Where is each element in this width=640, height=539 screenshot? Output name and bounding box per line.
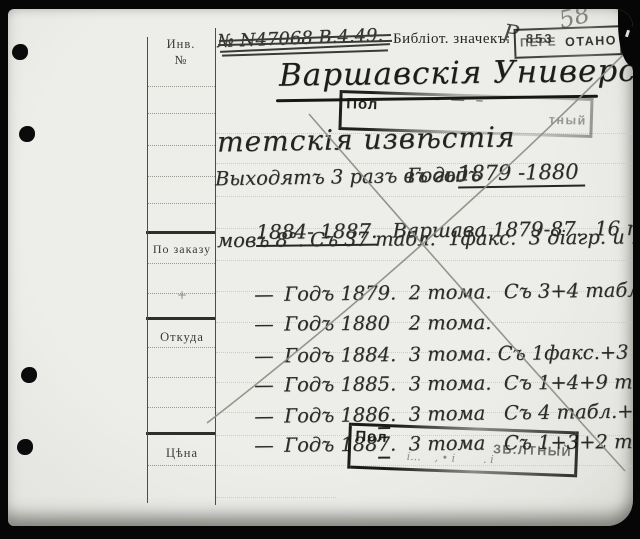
inventory-label-line2: № xyxy=(147,52,215,68)
column-rule xyxy=(147,377,215,378)
column-rule xyxy=(147,176,215,177)
punch-hole xyxy=(12,44,28,60)
title-line-1: Варшавскія Универси- xyxy=(279,52,633,93)
punch-hole xyxy=(17,439,33,455)
stamp-overprint-number: 853 xyxy=(526,31,554,46)
catalog-card-paper: Инв. № По заказу Откуда Цѣна + № N47068 … xyxy=(8,9,633,526)
column-left-border xyxy=(147,37,148,503)
card-content: Инв. № По заказу Откуда Цѣна + № N47068 … xyxy=(8,9,633,526)
inventory-number-label: Инв. № xyxy=(147,36,215,68)
stamp-ink-smudge: і... , • і . і xyxy=(406,450,493,466)
column-rule xyxy=(147,203,215,204)
column-rule xyxy=(147,465,215,466)
collation-line: мовъ 8°. Съ 37 табл. 1факс. 3 діагр. и 1… xyxy=(217,225,633,252)
ruled-line xyxy=(216,497,336,498)
column-divider-thick xyxy=(146,432,216,435)
stamp-text-fragment: Пол xyxy=(346,95,379,113)
scanned-catalog-card-page: { "colors": { "paper": "#e9e9e6", "ink":… xyxy=(0,0,640,539)
pencil-plus-mark: + xyxy=(177,288,187,302)
years-label: Годы xyxy=(407,162,462,187)
column-rule xyxy=(147,86,215,87)
column-rule xyxy=(147,347,215,348)
column-divider-thick xyxy=(146,231,216,234)
title-line-2: тетскія извѣстія xyxy=(217,120,516,158)
punch-hole xyxy=(19,126,35,142)
stamp-text-fragment: Пол xyxy=(355,428,388,446)
punch-hole xyxy=(21,367,37,383)
column-divider-thick xyxy=(146,317,216,320)
library-mark-label: Библіот. значекъ: xyxy=(393,31,511,48)
stamp-text-fragment: ЗБ.ЛТНЫЙ xyxy=(493,442,572,459)
price-label: Цѣна xyxy=(149,446,215,461)
entry-dash: — xyxy=(254,434,271,457)
origin-label: Откуда xyxy=(149,330,215,345)
by-order-label: По заказу xyxy=(149,242,215,257)
stamp-text-fragment: ОТАНО xyxy=(565,33,617,49)
column-rule xyxy=(147,145,215,146)
stamp-ink-smudge: – — – xyxy=(432,91,487,108)
acquisition-stamp-bottom: Пол ЗБ.ЛТНЫЙ і... , • і . і xyxy=(347,423,579,478)
years-range-underlined: 1879 -1880 xyxy=(458,160,585,189)
frequency-line: Выходятъ 3 разъ въ годъ Годы 1879 -1880 xyxy=(215,159,633,198)
stamp-text-fragment: тный xyxy=(549,113,587,128)
column-rule xyxy=(147,263,215,264)
column-rule xyxy=(147,407,215,408)
inventory-label-line1: Инв. xyxy=(147,36,215,52)
column-rule xyxy=(147,113,215,114)
